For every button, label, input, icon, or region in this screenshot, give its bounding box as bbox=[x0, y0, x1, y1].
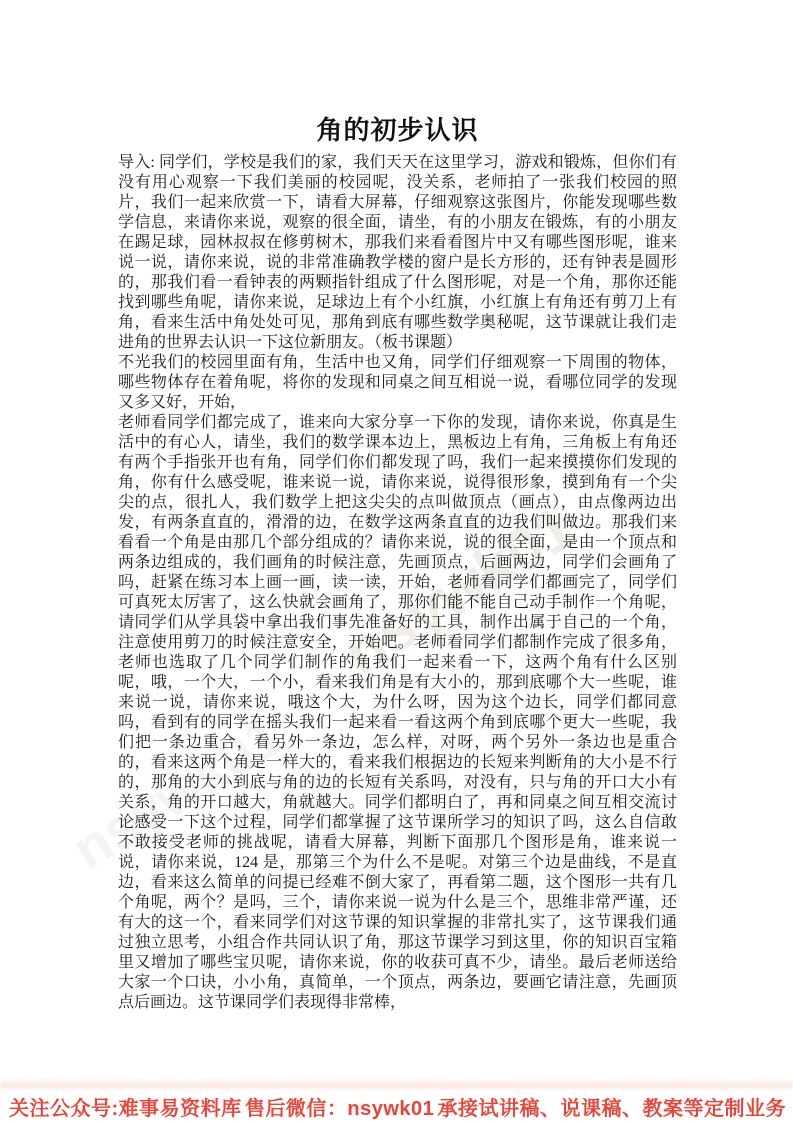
footer-bar: 关注公众号:难事易资料库 售后微信：nsywk01 承接试讲稿、说课稿、教案等定… bbox=[9, 1092, 786, 1121]
footer-wechat-contact: 售后微信：nsywk01 bbox=[245, 1092, 434, 1121]
footer-smear bbox=[0, 1080, 793, 1090]
page-title: 角的初步认识 bbox=[118, 110, 677, 147]
footer-services: 承接试讲稿、说课稿、教案等定制业务 bbox=[438, 1092, 787, 1121]
footer-public-account: 关注公众号:难事易资料库 bbox=[9, 1092, 242, 1121]
document-body: 导入: 同学们，学校是我们的家，我们天天在这里学习，游戏和锻炼，但你们有没有用心… bbox=[118, 153, 677, 1013]
document-page: nsywk01 nsywk01 角的初步认识 导入: 同学们，学校是我们的家，我… bbox=[0, 0, 793, 1122]
paragraph-main: 老师看同学们都完成了，谁来向大家分享一下你的发现，请你来说，你真是生活中的有心人… bbox=[118, 413, 677, 1013]
paragraph-explore: 不光我们的校园里面有角，生活中也又角，同学们仔细观察一下周围的物体，哪些物体存在… bbox=[118, 353, 677, 413]
paragraph-intro: 导入: 同学们，学校是我们的家，我们天天在这里学习，游戏和锻炼，但你们有没有用心… bbox=[118, 153, 677, 353]
